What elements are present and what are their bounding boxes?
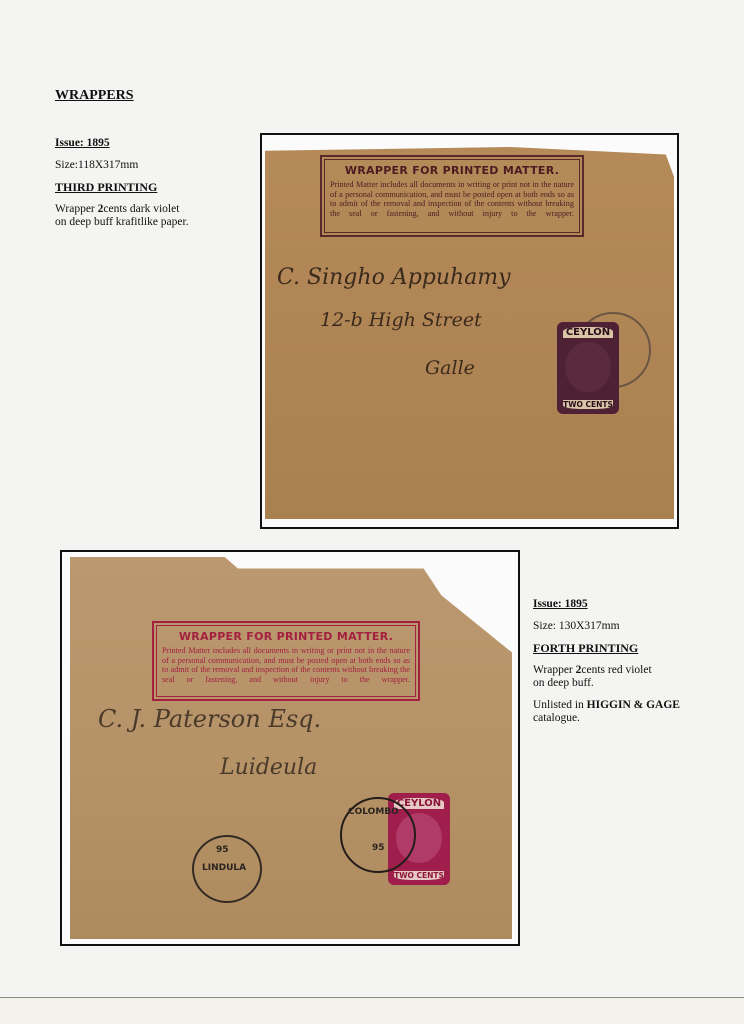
item-2-printing: FORTH PRINTING [533,642,733,655]
item-1-stamp-bottom: TWO CENTS [563,400,613,409]
queen-portrait-icon [565,342,611,392]
item-2-size: Size: 130X317mm [533,620,733,633]
item-2-description: Issue: 1895 Size: 130X317mm FORTH PRINTI… [533,598,733,734]
page-edge [0,997,744,1024]
item-2-color-desc: Wrapper 2cents red violeton deep buff. [533,664,733,690]
item-2-postmark-lindula: LINDULA 95 [192,835,262,903]
item-2-notice-box: WRAPPER FOR PRINTED MATTER. Printed Matt… [152,621,420,701]
item-1-size: Size:118X317mm [55,159,245,172]
item-1-description: Issue: 1895 Size:118X317mm THIRD PRINTIN… [55,137,245,238]
item-1-wrapper: WRAPPER FOR PRINTED MATTER. Printed Matt… [265,147,674,519]
item-1-color-desc: Wrapper 2cents dark violeton deep buff k… [55,203,245,229]
item-1-stamp: CEYLON TWO CENTS [557,322,619,414]
item-1-stamp-top: CEYLON [563,327,613,338]
page-heading: WRAPPERS [55,88,134,104]
item-1-address-line3: Galle [425,357,475,379]
item-2-issue: Issue: 1895 [533,598,733,611]
item-1-printing: THIRD PRINTING [55,181,245,194]
item-2-address-line2: Luideula [220,755,317,780]
item-2-postmark-colombo: COLOMBO 95 [340,797,416,873]
item-2-catalogue-note: Unlisted in HIGGIN & GAGEcatalogue. [533,699,733,725]
item-2-frame: WRAPPER FOR PRINTED MATTER. Printed Matt… [60,550,520,946]
item-1-address-line2: 12-b High Street [320,309,482,331]
item-1-frame: WRAPPER FOR PRINTED MATTER. Printed Matt… [260,133,679,529]
item-2-wrapper: WRAPPER FOR PRINTED MATTER. Printed Matt… [70,557,512,939]
item-1-address-line1: C. Singho Appuhamy [277,265,511,290]
item-1-notice-box: WRAPPER FOR PRINTED MATTER. Printed Matt… [320,155,584,237]
item-1-issue: Issue: 1895 [55,137,245,150]
item-2-stamp-bottom: TWO CENTS [394,871,444,880]
album-page: WRAPPERS Issue: 1895 Size:118X317mm THIR… [0,0,744,997]
item-2-address-line1: C. J. Paterson Esq. [98,705,321,733]
